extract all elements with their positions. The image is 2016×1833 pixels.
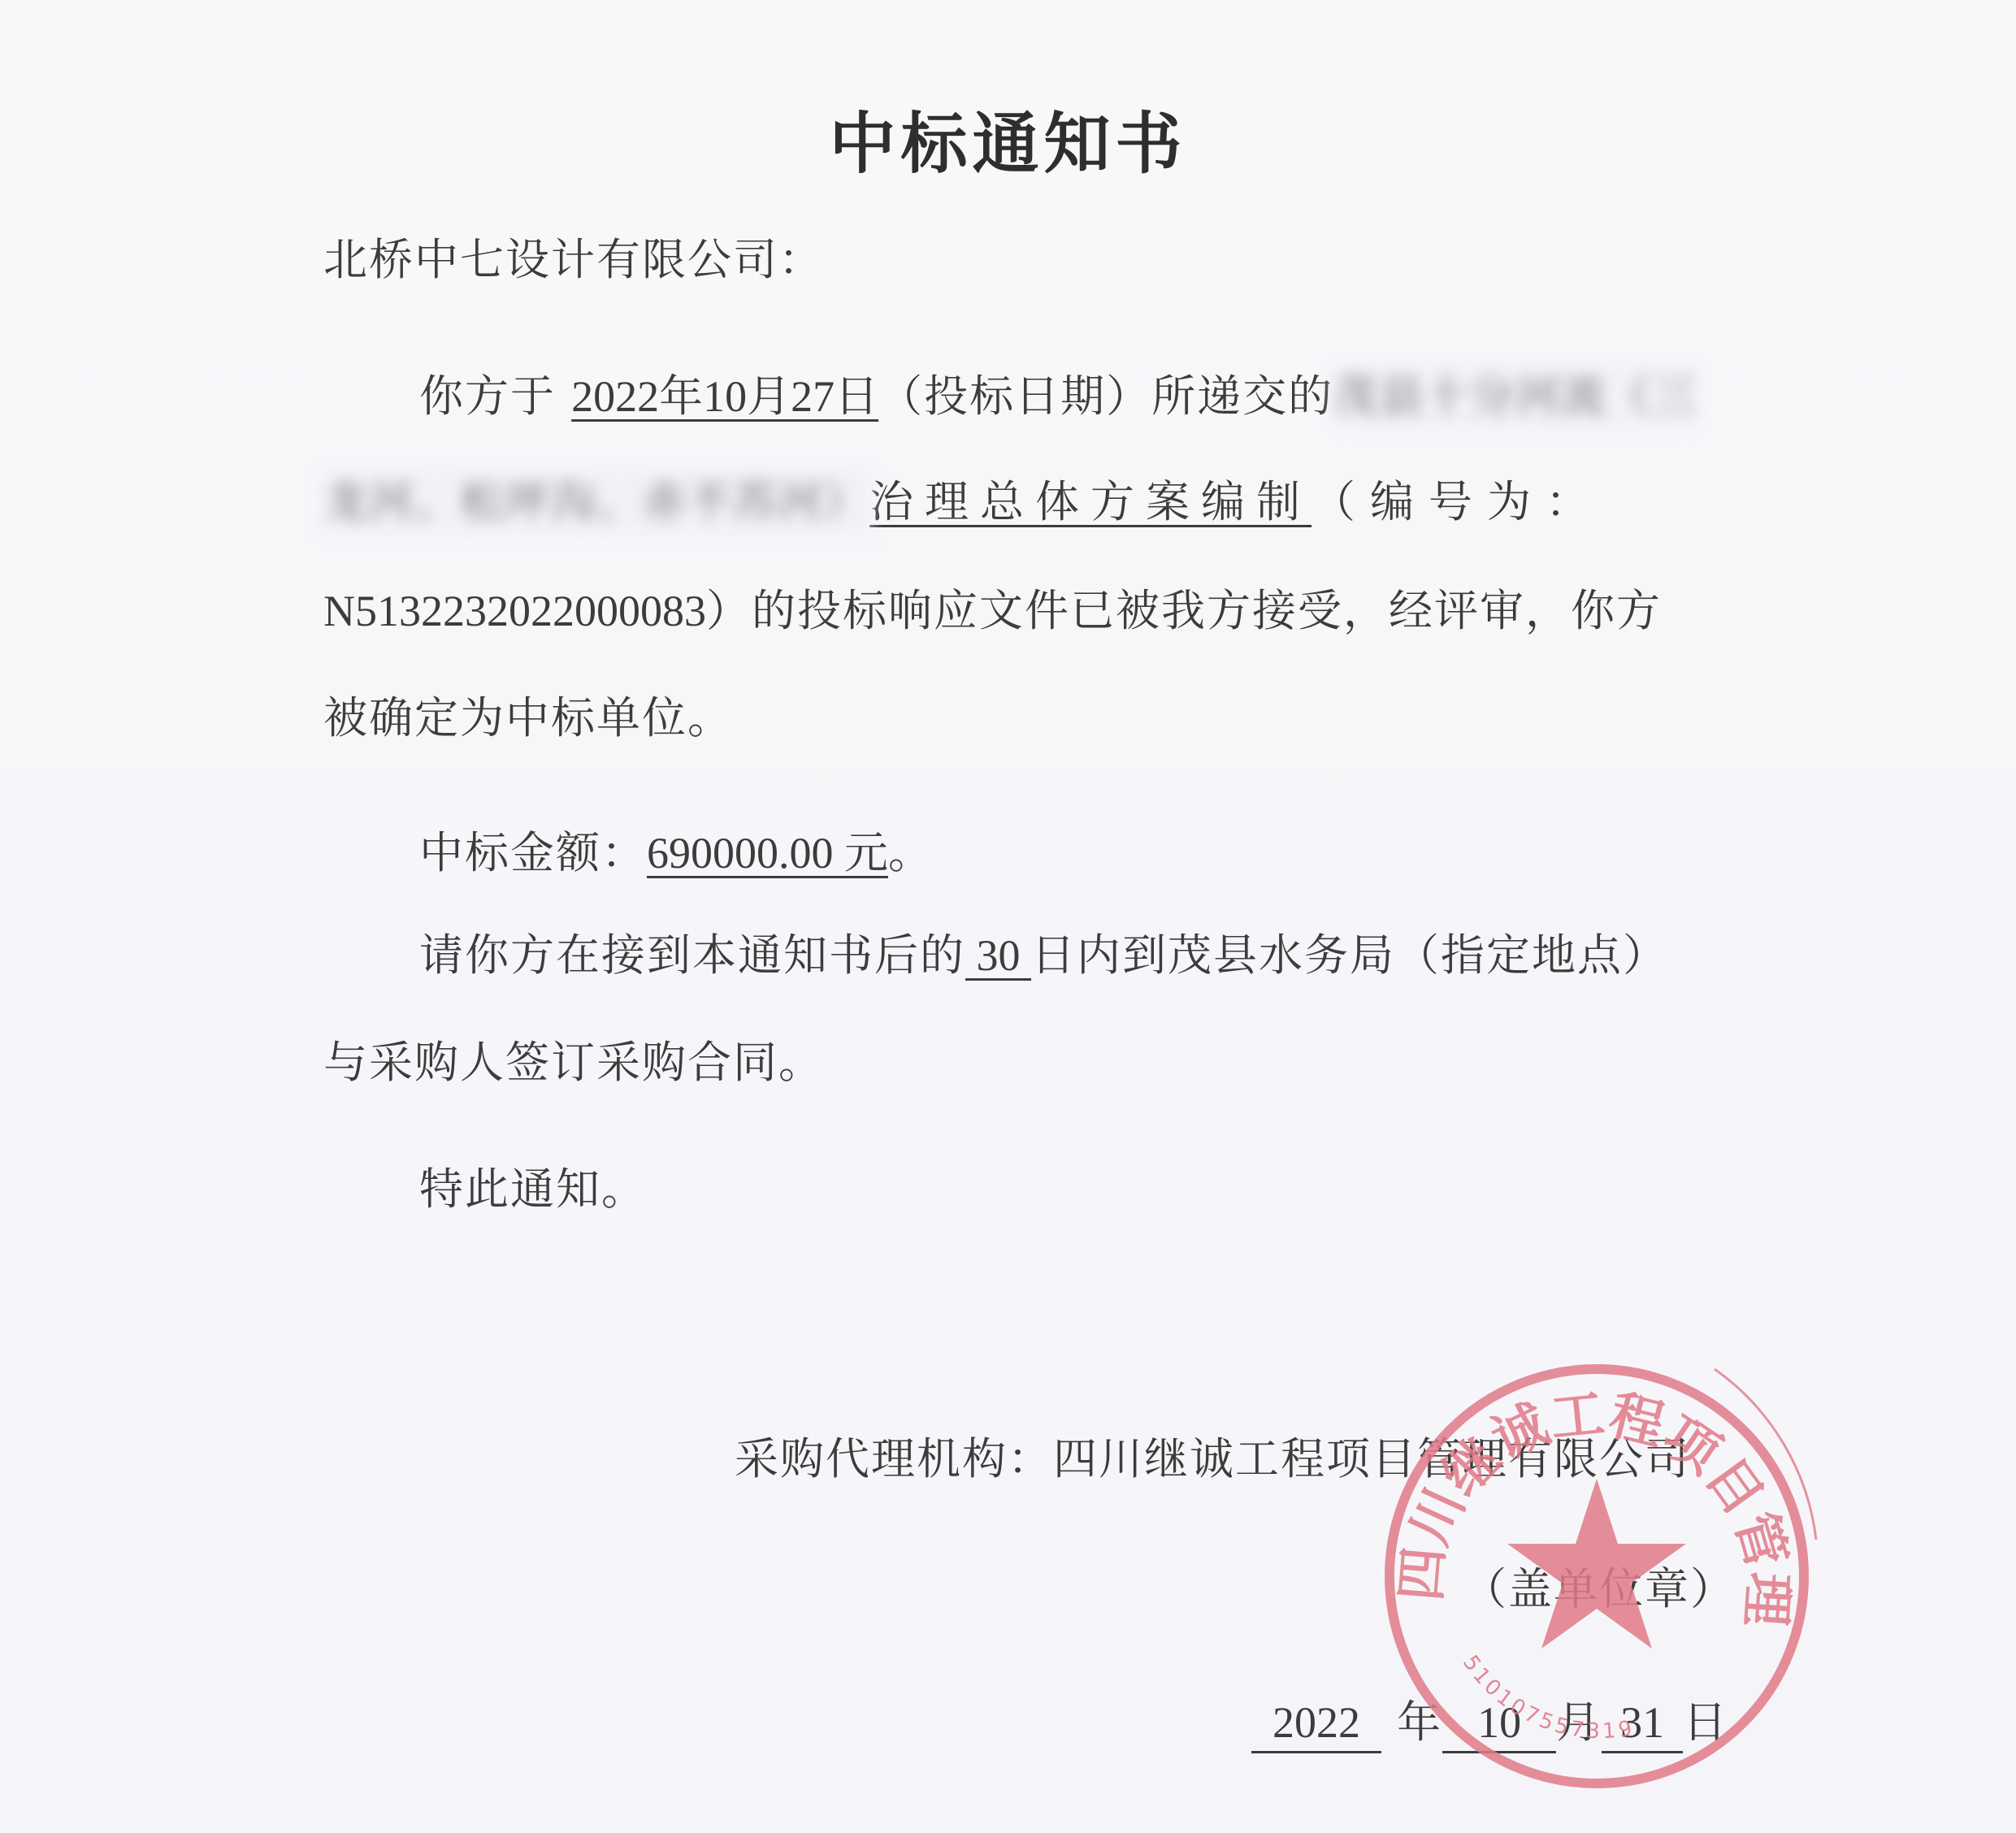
date-day: 31 [1602,1694,1683,1753]
project-number-label: （编号为： [1311,476,1604,527]
paragraph-3-line-2: 与采购人签订采购合同。 [323,1030,824,1095]
redacted-project-name-1: 茂县十分河流（三 [1333,364,1697,429]
date-month: 10 [1442,1694,1556,1753]
document-title: 中标通知书 [0,91,2016,186]
acceptance-text: ）的投标响应文件已被我方接受，经评审，你方 [706,585,1662,636]
paragraph-1-line-1: 你方于 2022年10月27日（投标日期）所递交的茂县十分河流（三 [419,364,1697,429]
bid-date-note: （投标日期）所递交的 [878,370,1333,422]
winner-determination: 被确定为中标单位。 [323,692,733,743]
signature-date: 2022 年10月31日 [1251,1690,1728,1755]
award-amount-line: 中标金额：690000.00 元。 [419,821,934,886]
contract-sign-text: 与采购人签订采购合同。 [323,1037,824,1088]
agency-line: 采购代理机构：四川继诚工程项目管理有限公司 [735,1427,1690,1492]
svg-text:5101075573197: 5101075573197 [1365,1345,1637,1744]
date-month-unit: 月 [1556,1696,1602,1748]
bid-date: 2022年10月27日 [571,372,878,421]
date-day-unit: 日 [1683,1696,1728,1748]
project-number: N5132232022000083 [323,587,706,635]
paragraph-3-line-1: 请你方在接到本通知书后的 30 日内到茂县水务局（指定地点） [419,923,1668,988]
document-page: 中标通知书 北桥中七设计有限公司： 你方于 2022年10月27日（投标日期）所… [0,0,2016,1833]
contract-location-text: 日内到茂县水务局（指定地点） [1031,929,1668,981]
date-year: 2022 [1251,1694,1381,1753]
redacted-project-name-2: 龙河、松坪沟、赤不苏河） [323,470,869,535]
paragraph-1-line-4: 被确定为中标单位。 [323,686,733,751]
date-year-unit: 年 [1397,1696,1442,1748]
contract-days: 30 [965,931,1031,980]
agency-label: 采购代理机构： [735,1433,1053,1484]
addressee: 北桥中七设计有限公司： [323,227,824,292]
contract-lead-text: 请你方在接到本通知书后的 [419,929,965,981]
stamp-serial-number: 5101075573197 [1365,1345,1637,1744]
project-name: 治理总体方案编制 [869,476,1311,527]
award-amount-suffix: 。 [888,827,934,878]
seal-note: （盖单位章） [1463,1557,1736,1622]
closing-text: 特此通知。 [419,1157,647,1222]
paragraph-1-line-3: N5132232022000083）的投标响应文件已被我方接受，经评审，你方 [323,578,1662,643]
agency-name: 四川继诚工程项目管理有限公司 [1053,1433,1690,1484]
award-amount-value: 690000.00 元 [647,829,888,877]
paragraph-1-line-2: 龙河、松坪沟、赤不苏河）治理总体方案编制（编号为： [323,470,1604,535]
award-amount-label: 中标金额： [419,827,647,878]
bid-lead-text: 你方于 [419,370,571,422]
